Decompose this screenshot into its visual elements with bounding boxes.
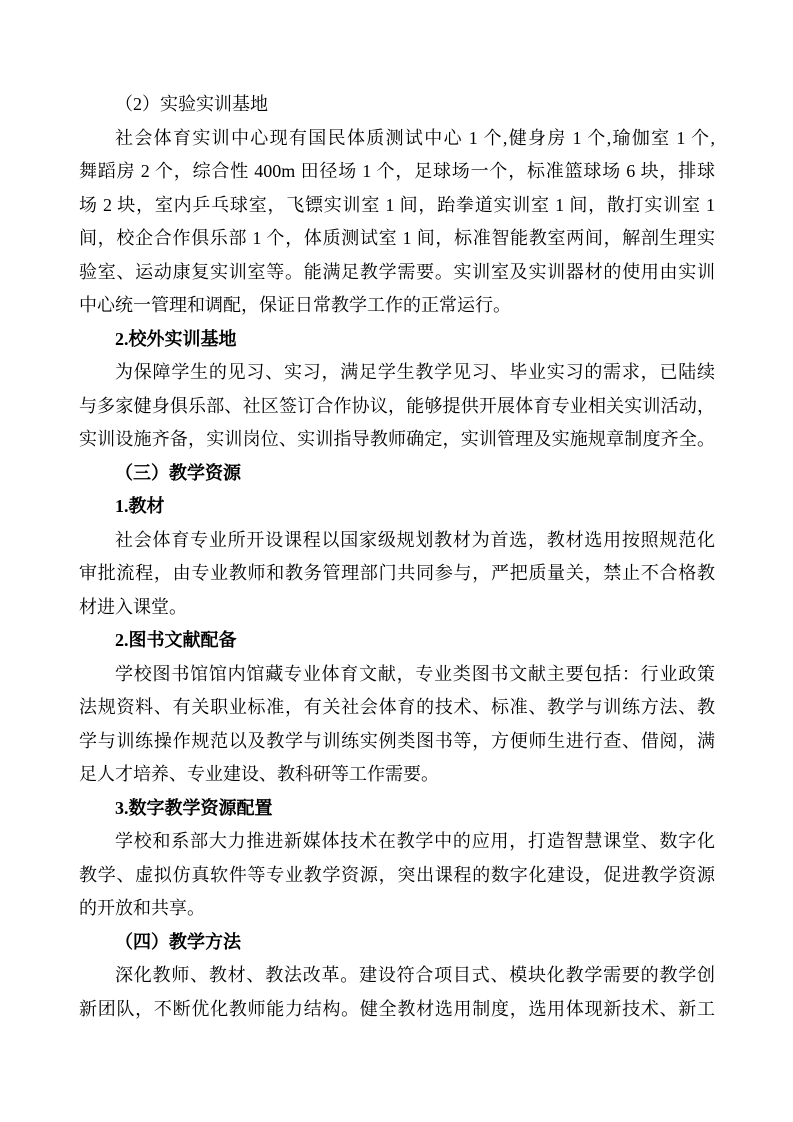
- document-page: （2）实验实训基地社会体育实训中心现有国民体质测试中心 1 个,健身房 1 个,…: [0, 0, 793, 1122]
- body-text-line: 舞蹈房 2 个，综合性 400m 田径场 1 个，足球场一个，标准篮球场 6 块…: [79, 155, 715, 189]
- body-text-line: 与多家健身俱乐部、社区签订合作协议，能够提供开展体育专业相关实训活动，: [79, 390, 715, 424]
- page-content: （2）实验实训基地社会体育实训中心现有国民体质测试中心 1 个,健身房 1 个,…: [0, 0, 793, 1026]
- body-text-line: 间，校企合作俱乐部 1 个，体质测试室 1 间，标准智能教室两间，解剖生理实: [79, 222, 715, 256]
- body-text-line: 法规资料、有关职业标准，有关社会体育的技术、标准、教学与训练方法、教: [79, 691, 715, 725]
- body-text-line: 的开放和共享。: [79, 892, 715, 926]
- body-text-line: 学与训练操作规范以及教学与训练实例类图书等，方便师生进行查、借阅，满: [79, 725, 715, 759]
- body-text-line: 为保障学生的见习、实习，满足学生教学见习、毕业实习的需求，已陆续: [79, 356, 715, 390]
- body-text-line: 实训设施齐备，实训岗位、实训指导教师确定，实训管理及实施规章制度齐全。: [79, 423, 715, 457]
- heading-line: 1.教材: [79, 490, 715, 524]
- body-text-line: 中心统一管理和调配，保证日常教学工作的正常运行。: [79, 289, 715, 323]
- heading-line: （三）教学资源: [79, 457, 715, 491]
- body-text-line: 验室、运动康复实训室等。能满足教学需要。实训室及实训器材的使用由实训: [79, 256, 715, 290]
- body-text-line: 足人才培养、专业建设、教科研等工作需要。: [79, 758, 715, 792]
- body-text-line: 新团队，不断优化教师能力结构。健全教材选用制度，选用体现新技术、新工: [79, 993, 715, 1027]
- heading-line: （四）教学方法: [79, 926, 715, 960]
- body-text-line: 学校和系部大力推进新媒体技术在教学中的应用，打造智慧课堂、数字化: [79, 825, 715, 859]
- body-text-line: 社会体育专业所开设课程以国家级规划教材为首选，教材选用按照规范化: [79, 524, 715, 558]
- body-text-line: 深化教师、教材、教法改革。建设符合项目式、模块化教学需要的教学创: [79, 959, 715, 993]
- heading-line: 2.校外实训基地: [79, 323, 715, 357]
- body-text-line: 社会体育实训中心现有国民体质测试中心 1 个,健身房 1 个,瑜伽室 1 个,: [79, 122, 715, 156]
- body-text-line: 材进入课堂。: [79, 591, 715, 625]
- subheading-line: （2）实验实训基地: [79, 88, 715, 122]
- body-text-line: 教学、虚拟仿真软件等专业教学资源，突出课程的数字化建设，促进教学资源: [79, 859, 715, 893]
- heading-line: 2.图书文献配备: [79, 624, 715, 658]
- body-text-line: 场 2 块，室内乒乓球室，飞镖实训室 1 间，跆拳道实训室 1 间，散打实训室 …: [79, 189, 715, 223]
- heading-line: 3.数字教学资源配置: [79, 792, 715, 826]
- body-text-line: 审批流程，由专业教师和教务管理部门共同参与，严把质量关，禁止不合格教: [79, 557, 715, 591]
- body-text-line: 学校图书馆馆内馆藏专业体育文献，专业类图书文献主要包括：行业政策: [79, 658, 715, 692]
